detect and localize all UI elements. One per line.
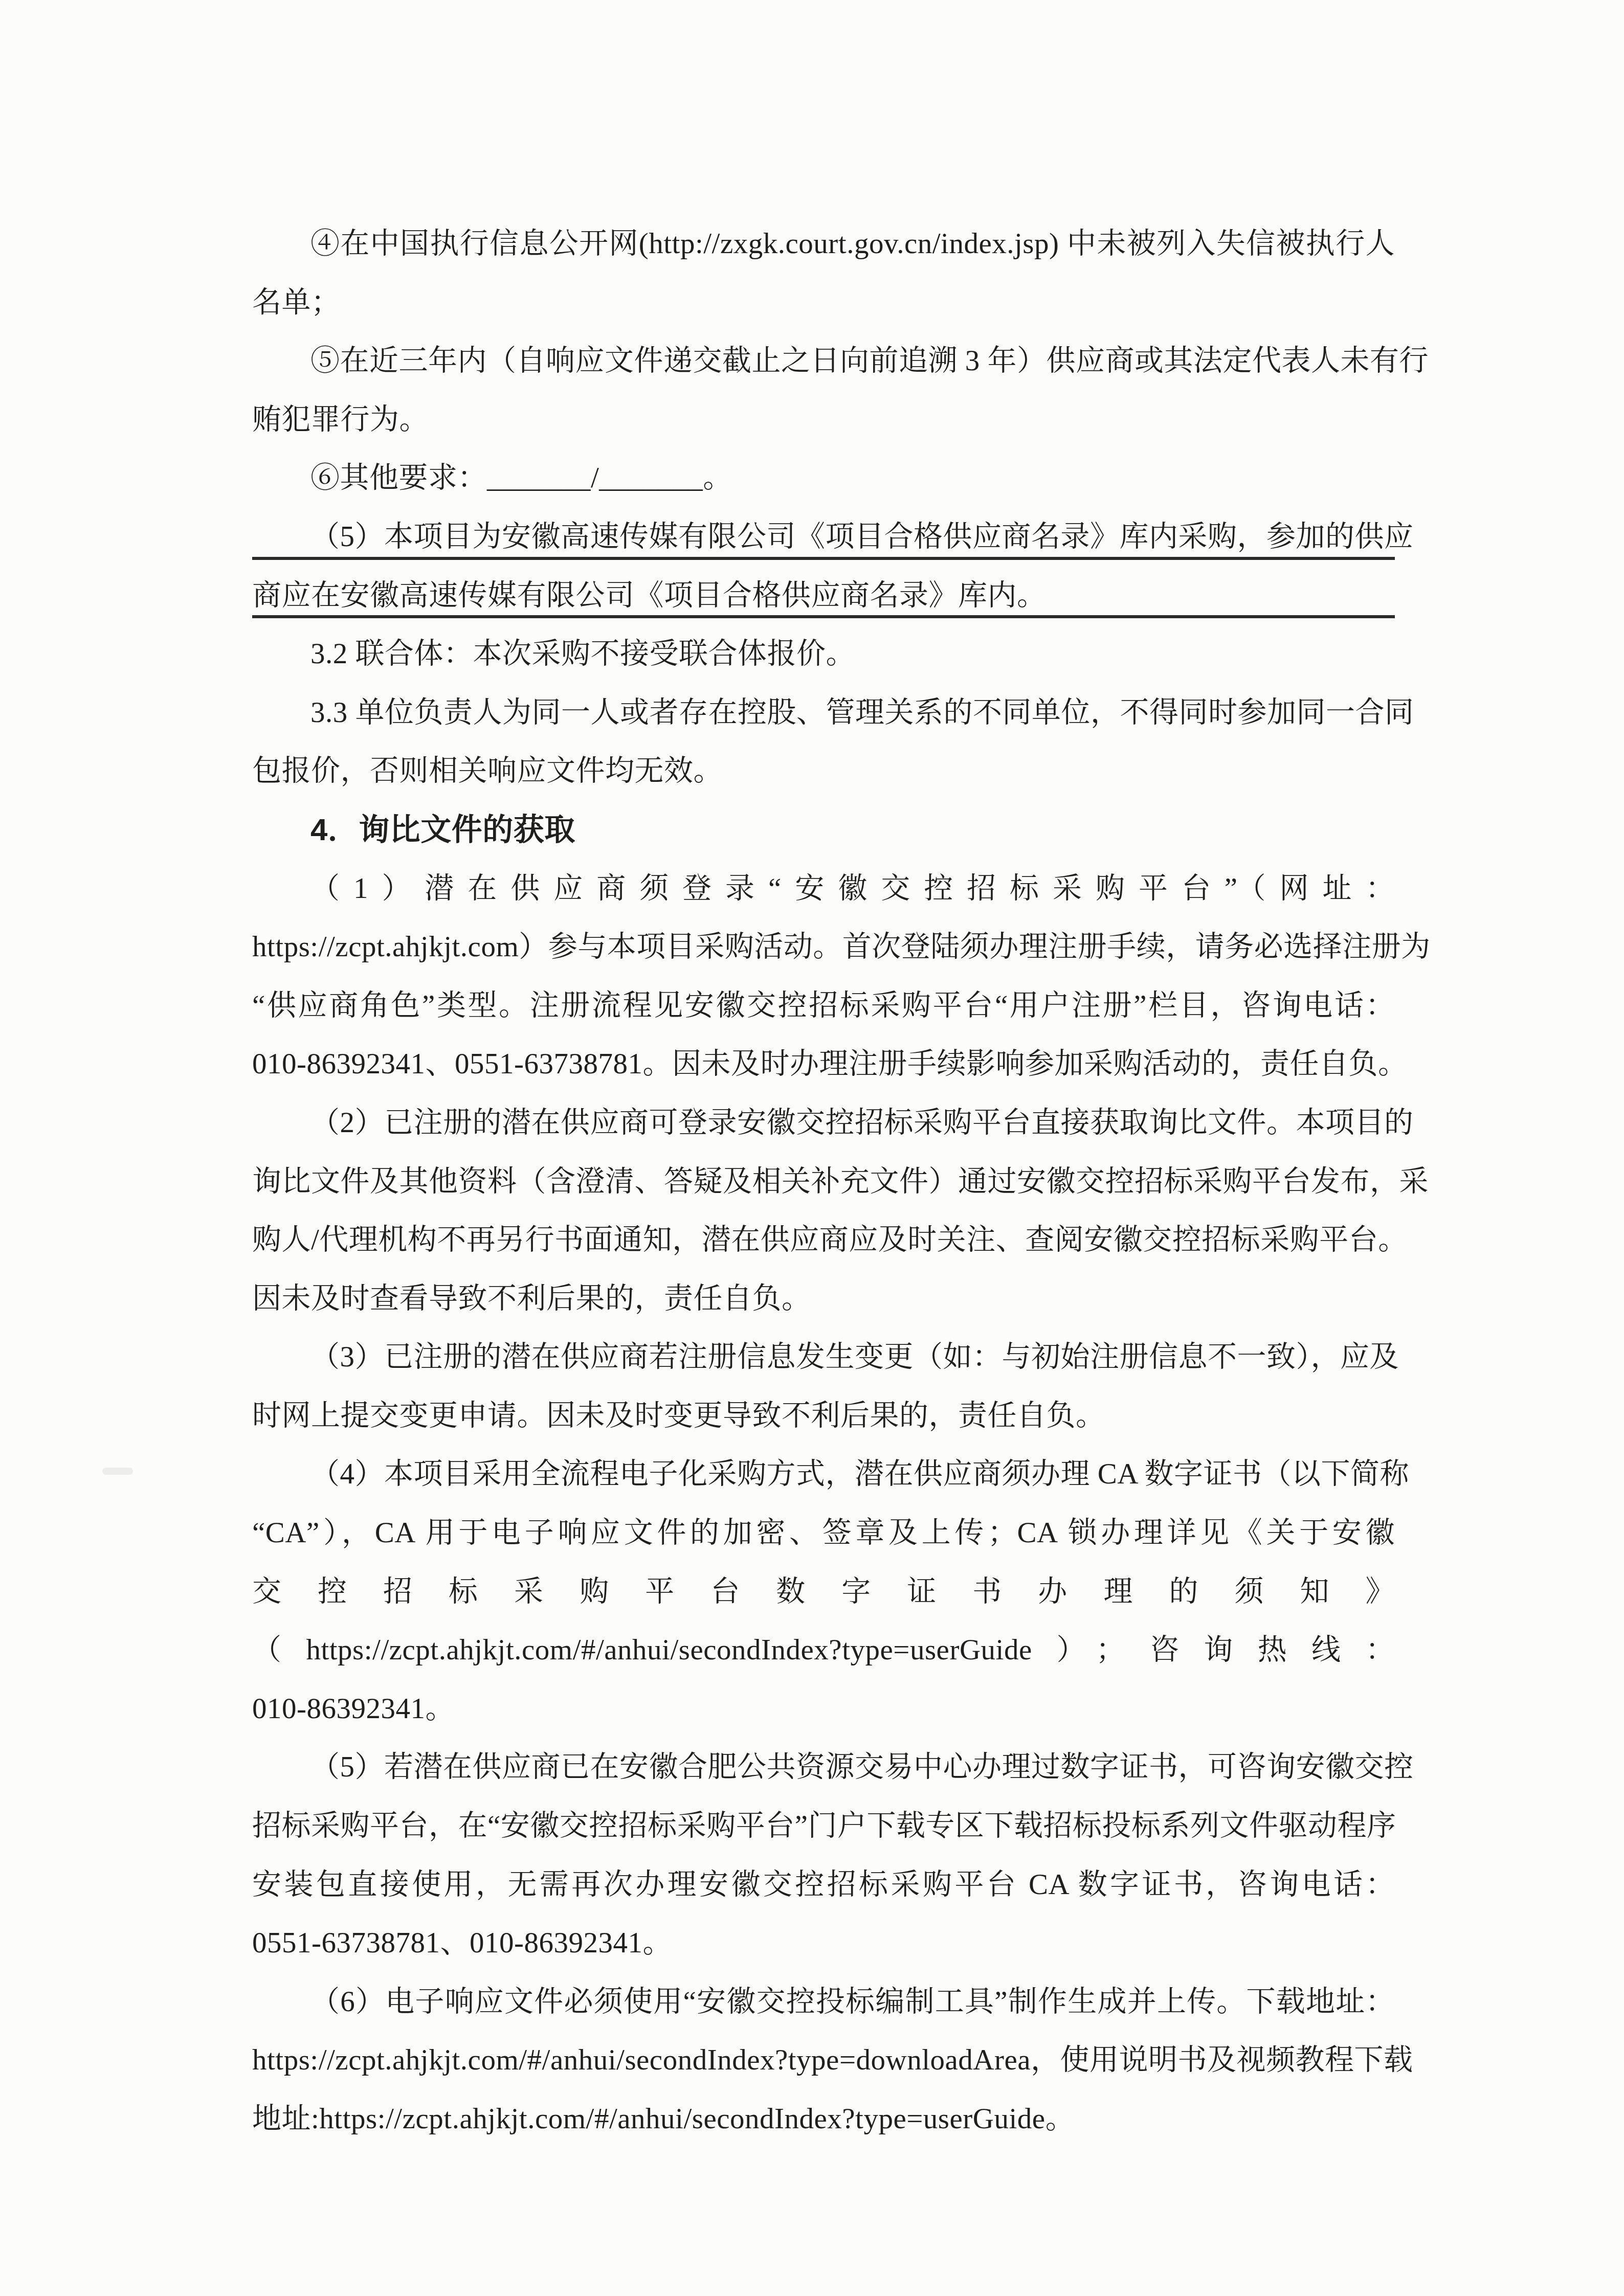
scan-artifact [102,1468,133,1475]
document-line-29: 安装包直接使用，无需再次办理安徽交控招标采购平台 CA 数字证书，咨询电话： [252,1856,1395,1915]
document-line-27: （5）若潜在供应商已在安徽合肥公共资源交易中心办理过数字证书，可咨询安徽交控 [252,1738,1395,1797]
document-line-28: 招标采购平台，在“安徽交控招标采购平台”门户下载专区下载招标投标系列文件驱动程序 [252,1797,1395,1856]
document-page: ④在中国执行信息公开网(http://zxgk.court.gov.cn/ind… [0,0,1624,2296]
document-line-21: 时网上提交变更申请。因未及时变更导致不利后果的，责任自负。 [252,1387,1395,1446]
document-line-23: “CA”），CA 用于电子响应文件的加密、签章及上传；CA 锁办理详见《关于安徽 [252,1504,1395,1563]
document-line-3: ⑤在近三年内（自响应文件递交截止之日向前追溯 3 年）供应商或其法定代表人未有行 [252,332,1395,391]
document-line-2: 名单； [252,274,1395,332]
document-line-14: “供应商角色”类型。注册流程见安徽交控招标采购平台“用户注册”栏目，咨询电话： [252,977,1395,1036]
document-line-18: 购人/代理机构不再另行书面通知，潜在供应商应及时关注、查阅安徽交控招标采购平台。 [252,1211,1395,1270]
scanned-document-screenshot: { "page": { "background": "#fcfcfb", "te… [0,0,1624,2296]
section-heading: 4．询比文件的获取 [252,801,1395,860]
document-line-9: 3.3 单位负责人为同一人或者存在控股、管理关系的不同单位，不得同时参加同一合同 [252,684,1395,742]
document-line-17: 询比文件及其他资料（含澄清、答疑及相关补充文件）通过安徽交控招标采购平台发布，采 [252,1153,1395,1211]
document-line-19: 因未及时查看导致不利后果的，责任自负。 [252,1270,1395,1329]
document-line-4: 贿犯罪行为。 [252,391,1395,449]
document-line-33: 地址:https://zcpt.ahjkjt.com/#/anhui/secon… [252,2090,1395,2149]
document-line-10: 包报价，否则相关响应文件均无效。 [252,742,1395,801]
document-body: ④在中国执行信息公开网(http://zxgk.court.gov.cn/ind… [252,215,1395,2149]
document-line-16: （2）已注册的潜在供应商可登录安徽交控招标采购平台直接获取询比文件。本项目的 [252,1094,1395,1153]
document-line-20: （3）已注册的潜在供应商若注册信息发生变更（如：与初始注册信息不一致），应及 [252,1328,1395,1387]
document-line-32: https://zcpt.ahjkjt.com/#/anhui/secondIn… [252,2031,1395,2090]
document-line-22: （4）本项目采用全流程电子化采购方式，潜在供应商须办理 CA 数字证书（以下简称 [252,1445,1395,1504]
document-line-25: （https://zcpt.ahjkjt.com/#/anhui/secondI… [252,1621,1395,1680]
document-line-7: 商应在安徽高速传媒有限公司《项目合格供应商名录》库内。 [252,567,1395,625]
document-line-8: 3.2 联合体：本次采购不接受联合体报价。 [252,625,1395,684]
document-line-13: https://zcpt.ahjkjt.com）参与本项目采购活动。首次登陆须办… [252,918,1395,977]
document-line-24: 交控招标采购平台数字证书办理的须知》 [252,1563,1395,1622]
document-line-26: 010-86392341。 [252,1680,1395,1739]
document-line-5: ⑥其他要求：_______/_______。 [252,449,1395,508]
document-line-1: ④在中国执行信息公开网(http://zxgk.court.gov.cn/ind… [252,215,1395,274]
document-line-6: （5）本项目为安徽高速传媒有限公司《项目合格供应商名录》库内采购，参加的供应 [252,508,1395,567]
document-line-31: （6）电子响应文件必须使用“安徽交控投标编制工具”制作生成并上传。下载地址： [252,1973,1395,2032]
document-line-15: 010-86392341、0551-63738781。因未及时办理注册手续影响参… [252,1035,1395,1094]
document-line-30: 0551-63738781、010-86392341。 [252,1914,1395,1973]
document-line-12: （1）潜在供应商须登录“安徽交控招标采购平台”（网址： [252,860,1395,918]
